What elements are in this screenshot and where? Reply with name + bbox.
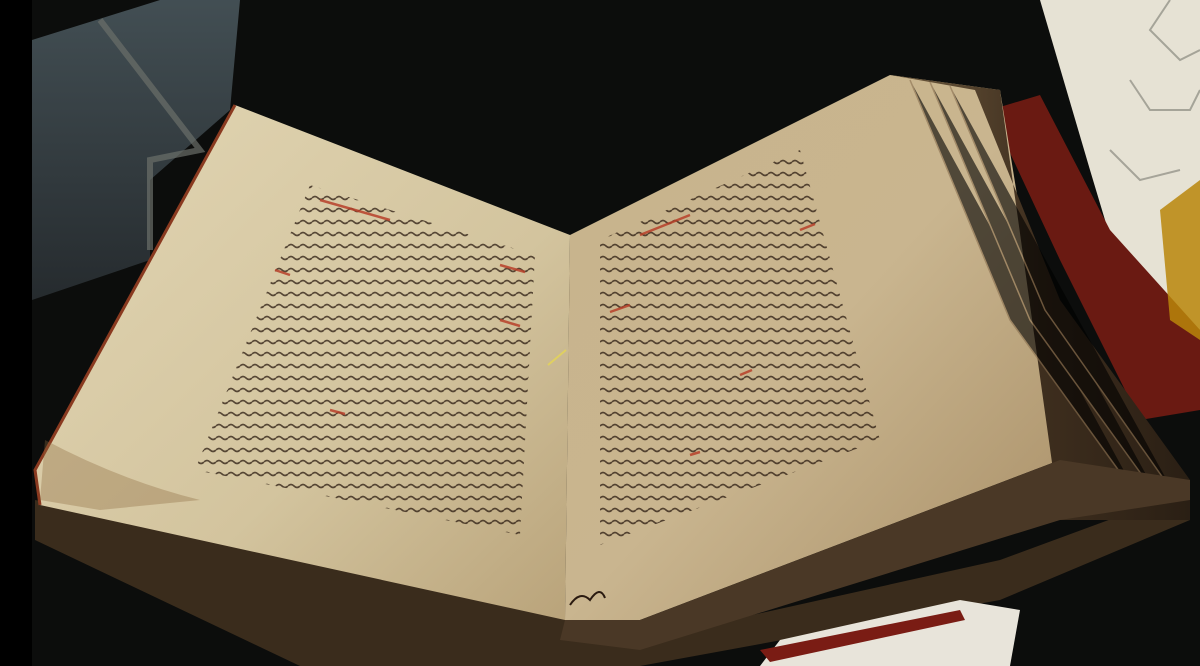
left-border: [0, 0, 32, 666]
manuscript-photo: [0, 0, 1200, 666]
